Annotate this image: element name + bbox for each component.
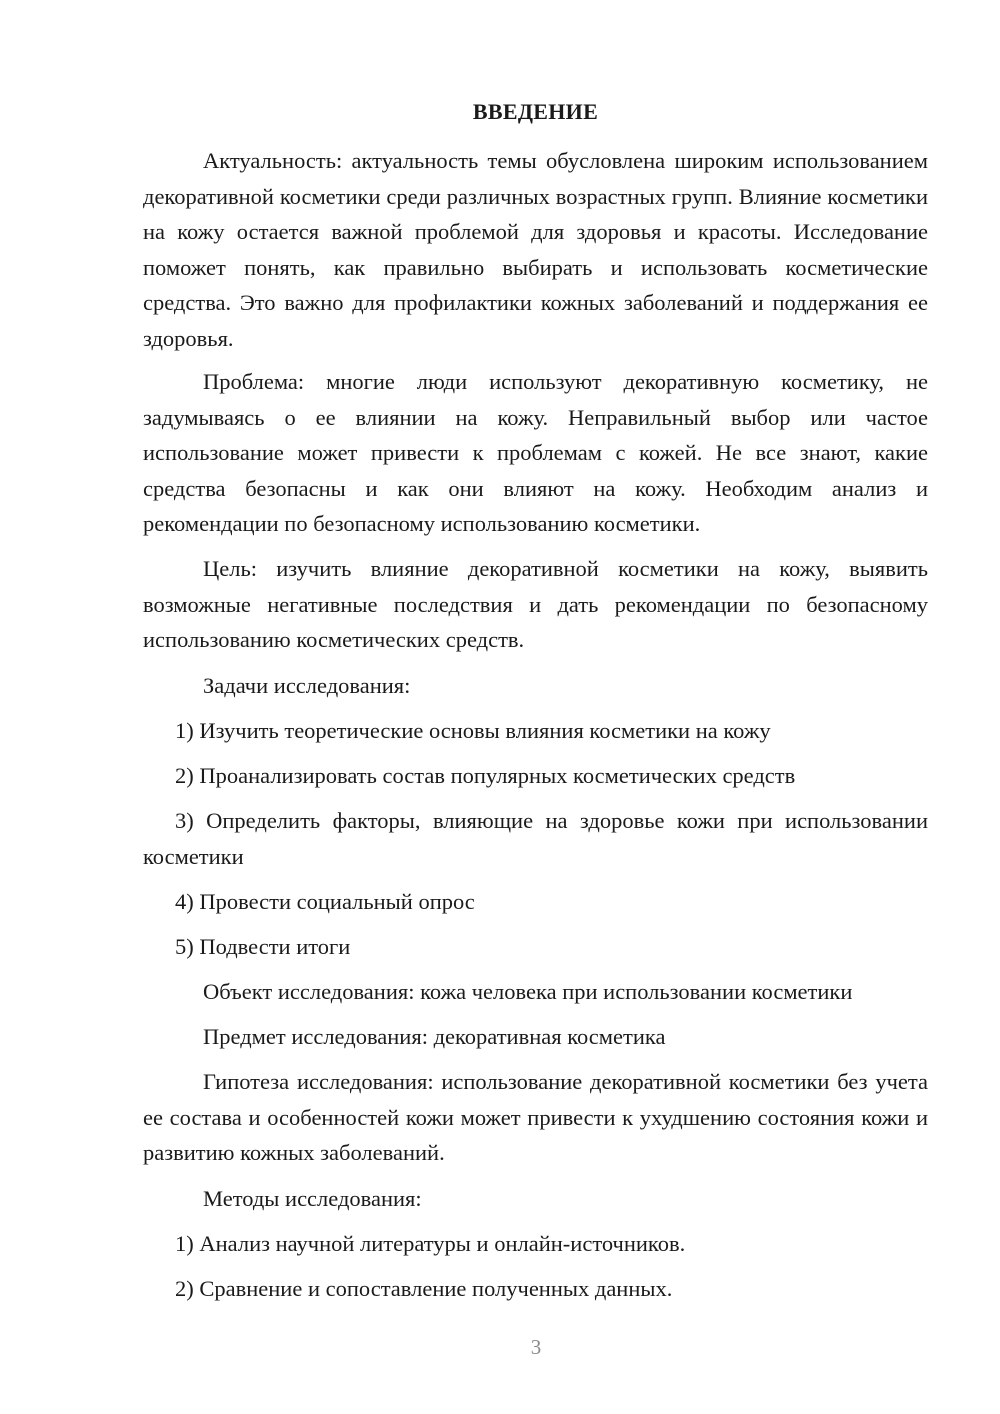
subject-line: Предмет исследования: декоративная косме… xyxy=(143,1019,928,1055)
task-item: 4) Провести социальный опрос xyxy=(143,884,928,920)
task-item: 3) Определить факторы, влияющие на здоро… xyxy=(143,803,928,874)
section-heading: ВВЕДЕНИЕ xyxy=(143,97,928,127)
document-page: ВВЕДЕНИЕ Актуальность: актуальность темы… xyxy=(0,0,1000,1414)
object-line: Объект исследования: кожа человека при и… xyxy=(143,974,928,1010)
relevance-paragraph: Актуальность: актуальность темы обусловл… xyxy=(143,143,928,356)
goal-paragraph: Цель: изучить влияние декоративной косме… xyxy=(143,551,928,658)
methods-title: Методы исследования: xyxy=(143,1181,928,1217)
problem-paragraph: Проблема: многие люди используют декорат… xyxy=(143,364,928,542)
page-number: 3 xyxy=(0,1332,1000,1362)
task-item: 5) Подвести итоги xyxy=(143,929,928,965)
task-item: 1) Изучить теоретические основы влияния … xyxy=(143,713,928,749)
method-item: 2) Сравнение и сопоставление полученных … xyxy=(143,1271,928,1307)
method-item: 1) Анализ научной литературы и онлайн-ис… xyxy=(143,1226,928,1262)
hypothesis-paragraph: Гипотеза исследования: использование дек… xyxy=(143,1064,928,1171)
tasks-title: Задачи исследования: xyxy=(143,668,928,704)
task-item: 2) Проанализировать состав популярных ко… xyxy=(143,758,928,794)
